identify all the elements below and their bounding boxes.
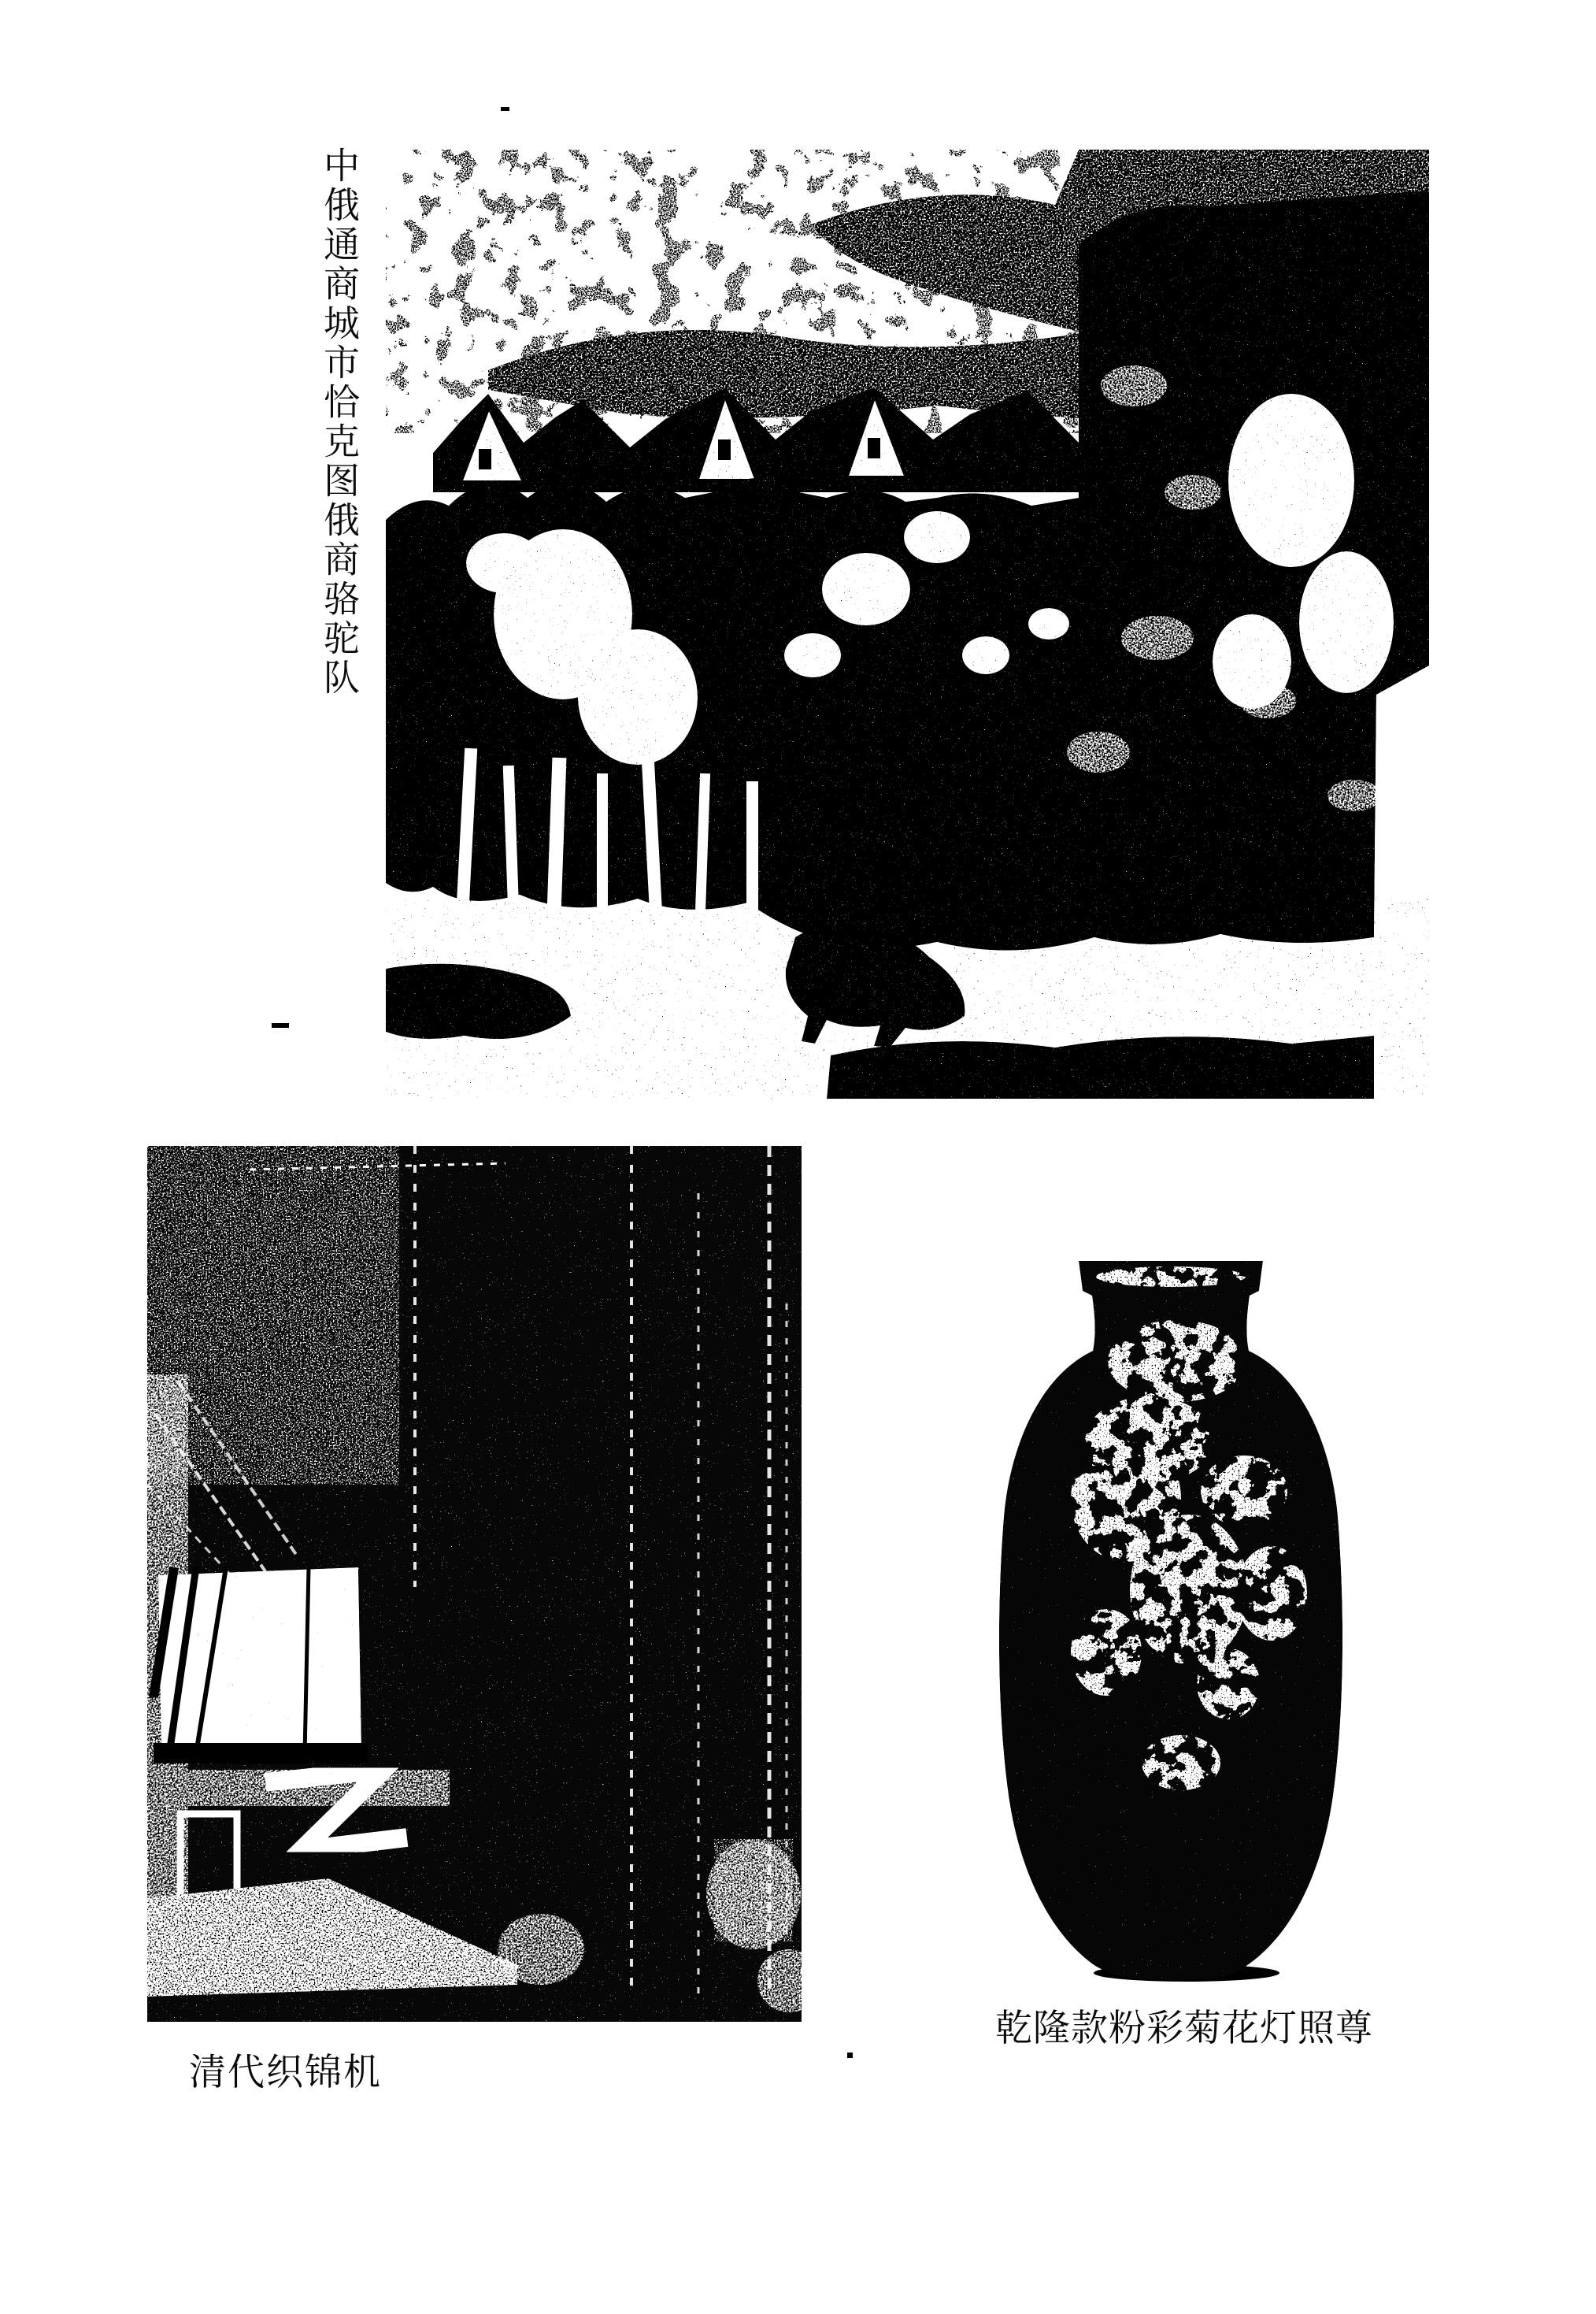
vase-photo bbox=[988, 1255, 1382, 1983]
scan-artifact-dash-top bbox=[501, 107, 509, 111]
loom-caption: 清代织锦机 bbox=[189, 2043, 382, 2096]
scan-artifact-dot-bottom bbox=[847, 2053, 853, 2058]
vase-photo-art bbox=[999, 1261, 1342, 1982]
loom-photo-art bbox=[147, 1146, 802, 2022]
caravan-caption: 中俄通商城市恰克图俄商骆驼队 bbox=[321, 146, 357, 721]
caravan-photo bbox=[386, 150, 1429, 1099]
caravan-photo-art bbox=[386, 150, 1429, 1099]
loom-photo bbox=[147, 1146, 802, 2022]
book-page: 中俄通商城市恰克图俄商骆驼队 bbox=[0, 0, 1596, 2314]
vase-caption: 乾隆款粉彩菊花灯照尊 bbox=[995, 1999, 1373, 2052]
scan-artifact-dash-left bbox=[272, 1023, 289, 1028]
